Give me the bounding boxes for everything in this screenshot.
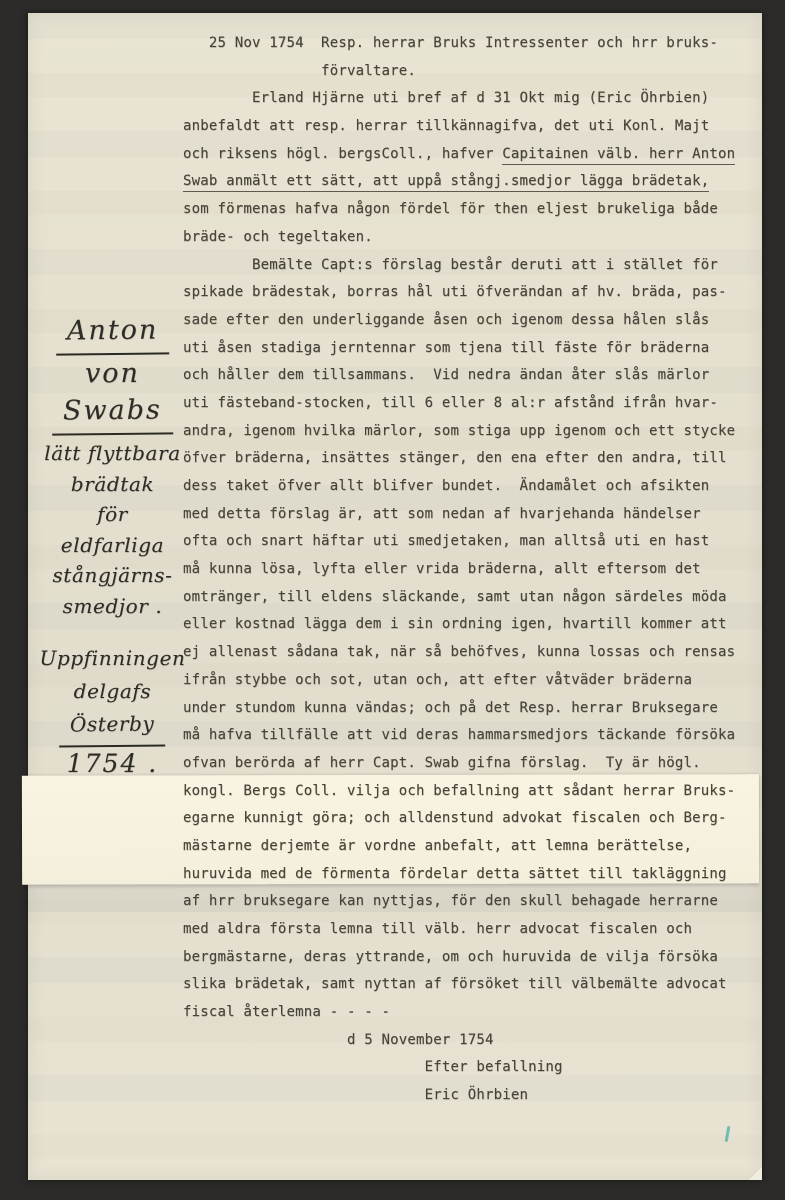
typed-segment: må hafva tillfälle att vid deras hammars… xyxy=(183,727,735,743)
typed-line: mästarne derjemte är vordne anbefalt, at… xyxy=(183,833,749,861)
typed-segment: fiscal återlemna - - - - xyxy=(183,1004,390,1020)
typed-segment: kongl. Bergs Coll. vilja och befallning … xyxy=(183,783,735,799)
handwritten-line: Uppfinningen xyxy=(25,642,200,675)
typed-segment: förvaltare. xyxy=(183,63,416,79)
typed-line: d 5 November 1754 xyxy=(183,1027,749,1055)
typed-segment: dess taket öfver allt blifver bundet. Än… xyxy=(183,478,709,494)
handwritten-line: smedjor . xyxy=(25,591,200,622)
typed-segment: och håller dem tillsammans. Vid nedra än… xyxy=(183,367,709,383)
typed-line: slika brädetak, samt nyttan af försöket … xyxy=(183,971,749,999)
typed-segment: öfver bräderna, insättes stänger, den en… xyxy=(183,450,727,466)
scan-page: { "scan": { "mount_color": "#2c2b29", "p… xyxy=(0,0,785,1200)
handwritten-line: stångjärns- xyxy=(25,560,200,591)
typed-line: kongl. Bergs Coll. vilja och befallning … xyxy=(183,778,749,806)
typed-line: som förmenas hafva någon fördel för then… xyxy=(183,196,749,224)
typed-line: omtränger, till eldens släckande, samt u… xyxy=(183,584,749,612)
typed-segment: spikade brädestak, borras hål uti öfverä… xyxy=(183,284,727,300)
handwritten-line: von xyxy=(35,355,190,392)
typed-line: eller kostnad lägga dem i sin ordning ig… xyxy=(183,611,749,639)
typed-line: under stundom kunna vändas; och på det R… xyxy=(183,695,749,723)
typed-segment: bräde- och tegeltaken. xyxy=(183,229,373,245)
typed-segment: egarne kunnigt göra; och alldenstund adv… xyxy=(183,810,727,826)
handwritten-underlined-word: Anton xyxy=(56,311,170,355)
handwritten-line: för xyxy=(25,499,200,530)
handwritten-line: brädtak xyxy=(25,469,200,500)
typed-line: af hrr bruksegare kan nyttjas, för den s… xyxy=(183,888,749,916)
typed-segment: af hrr bruksegare kan nyttjas, för den s… xyxy=(183,893,718,909)
typed-line: ofta och snart häftar uti smedjetaken, m… xyxy=(183,528,749,556)
typed-line: egarne kunnigt göra; och alldenstund adv… xyxy=(183,805,749,833)
typed-line: dess taket öfver allt blifver bundet. Än… xyxy=(183,473,749,501)
margin-note-attribution: UppfinningendelgafsÖsterby1754 . xyxy=(25,642,200,780)
typed-segment: d 5 November 1754 xyxy=(183,1032,494,1048)
typed-segment: slika brädetak, samt nyttan af försöket … xyxy=(183,976,727,992)
handwritten-line: delgafs xyxy=(25,675,200,708)
typed-segment-underlined: Capitainen välb. herr Anton xyxy=(502,146,735,165)
typed-line: spikade brädestak, borras hål uti öfverä… xyxy=(183,279,749,307)
typed-line: ej allenast sådana tak, när så behöfves,… xyxy=(183,639,749,667)
typed-segment: mästarne derjemte är vordne anbefalt, at… xyxy=(183,838,692,854)
typed-line: förvaltare. xyxy=(183,58,749,86)
typed-segment: och riksens högl. bergsColl., hafver xyxy=(183,146,502,162)
typed-line: Eric Öhrbien xyxy=(183,1082,749,1110)
typed-segment: ofta och snart häftar uti smedjetaken, m… xyxy=(183,533,709,549)
typed-segment: ifrån stybbe och sot, utan och, att efte… xyxy=(183,672,692,688)
typed-segment: under stundom kunna vändas; och på det R… xyxy=(183,700,718,716)
typed-segment: uti åsen stadiga jerntennar som tjena ti… xyxy=(183,340,709,356)
handwritten-underlined-word: Österby xyxy=(59,707,166,747)
typed-segment: sade efter den underliggande åsen och ig… xyxy=(183,312,709,328)
margin-note-description: lätt flyttbarabrädtakföreldfarligastångj… xyxy=(25,438,200,621)
handwritten-underlined-word: Swabs xyxy=(52,391,173,435)
typed-line: 25 Nov 1754 Resp. herrar Bruks Intressen… xyxy=(183,30,749,58)
handwritten-line: Anton xyxy=(35,312,190,355)
typed-line: Bemälte Capt:s förslag består deruti att… xyxy=(183,252,749,280)
typed-segment: med detta förslag är, att som nedan af h… xyxy=(183,506,701,522)
typed-line: huruvida med de förmenta fördelar detta … xyxy=(183,861,749,889)
typed-segment: som förmenas hafva någon fördel för then… xyxy=(183,201,718,217)
typed-line: öfver bräderna, insättes stänger, den en… xyxy=(183,445,749,473)
typed-segment: ofvan berörda af herr Capt. Swab gifna f… xyxy=(183,755,701,771)
typed-segment: anbefaldt att resp. herrar tillkännagifv… xyxy=(183,118,709,134)
typed-letter-text: 25 Nov 1754 Resp. herrar Bruks Intressen… xyxy=(183,30,749,1110)
typed-line: bergmästarne, deras yttrande, om och hur… xyxy=(183,944,749,972)
typed-line: ifrån stybbe och sot, utan och, att efte… xyxy=(183,667,749,695)
typed-segment: Efter befallning xyxy=(183,1059,563,1075)
typed-line: ofvan berörda af herr Capt. Swab gifna f… xyxy=(183,750,749,778)
typed-segment: med aldra första lemna till välb. herr a… xyxy=(183,921,692,937)
typed-line: och håller dem tillsammans. Vid nedra än… xyxy=(183,362,749,390)
typed-segment: 25 Nov 1754 Resp. herrar Bruks Intressen… xyxy=(183,35,718,51)
typed-line: med aldra första lemna till välb. herr a… xyxy=(183,916,749,944)
handwritten-line: Swabs xyxy=(35,392,190,435)
handwritten-line: lätt flyttbara xyxy=(25,438,200,469)
typed-line: med detta förslag är, att som nedan af h… xyxy=(183,501,749,529)
typed-segment: Erland Hjärne uti bref af d 31 Okt mig (… xyxy=(183,90,709,106)
paper-corner-fold xyxy=(748,1166,762,1180)
margin-note-name: AntonvonSwabs xyxy=(35,312,190,435)
typed-segment: Eric Öhrbien xyxy=(183,1087,528,1103)
typed-line: uti fästeband-stocken, till 6 eller 8 al… xyxy=(183,390,749,418)
typed-line: må hafva tillfälle att vid deras hammars… xyxy=(183,722,749,750)
handwritten-line: 1754 . xyxy=(25,747,200,780)
typed-segment-underlined: Swab anmält ett sätt, att uppå stångj.sm… xyxy=(183,173,709,192)
typed-line: andra, igenom hvilka märlor, som stiga u… xyxy=(183,418,749,446)
typed-line: fiscal återlemna - - - - xyxy=(183,999,749,1027)
typed-line: må kunna lösa, lyfta eller vrida brädern… xyxy=(183,556,749,584)
typed-segment: eller kostnad lägga dem i sin ordning ig… xyxy=(183,616,727,632)
handwritten-line: eldfarliga xyxy=(25,530,200,561)
typed-segment: huruvida med de förmenta fördelar detta … xyxy=(183,866,727,882)
typed-segment: må kunna lösa, lyfta eller vrida brädern… xyxy=(183,561,701,577)
typed-segment: ej allenast sådana tak, när så behöfves,… xyxy=(183,644,735,660)
typed-line: Swab anmält ett sätt, att uppå stångj.sm… xyxy=(183,168,749,196)
typed-line: Erland Hjärne uti bref af d 31 Okt mig (… xyxy=(183,85,749,113)
typed-line: anbefaldt att resp. herrar tillkännagifv… xyxy=(183,113,749,141)
handwritten-line: Österby xyxy=(25,708,200,747)
typed-line: Efter befallning xyxy=(183,1054,749,1082)
typed-segment: omtränger, till eldens släckande, samt u… xyxy=(183,589,727,605)
typed-line: bräde- och tegeltaken. xyxy=(183,224,749,252)
typed-segment: uti fästeband-stocken, till 6 eller 8 al… xyxy=(183,395,718,411)
typed-line: uti åsen stadiga jerntennar som tjena ti… xyxy=(183,335,749,363)
typed-line: och riksens högl. bergsColl., hafver Cap… xyxy=(183,141,749,169)
typed-segment: Bemälte Capt:s förslag består deruti att… xyxy=(183,257,718,273)
typed-segment: andra, igenom hvilka märlor, som stiga u… xyxy=(183,423,735,439)
typed-line: sade efter den underliggande åsen och ig… xyxy=(183,307,749,335)
typed-segment: bergmästarne, deras yttrande, om och hur… xyxy=(183,949,718,965)
